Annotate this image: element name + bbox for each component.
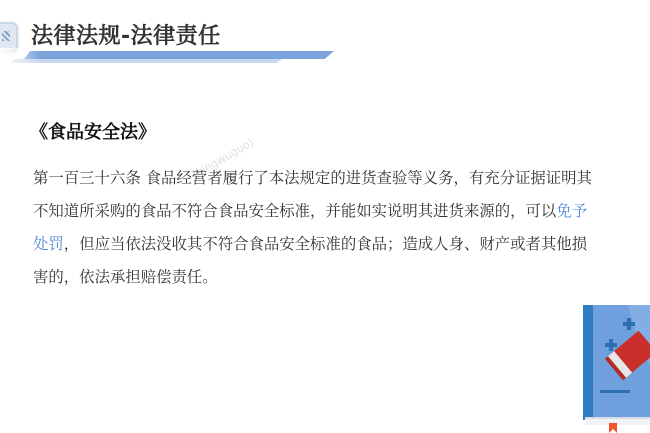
article-line-2-text: 不知道所采购的食品不符合食品安全标准，并能如实说明其进货来源的，可以 [33,202,556,220]
title-underline-bar [24,51,334,59]
article-line-4: 害的，依法承担赔偿责任。 [33,261,623,294]
article-line-1: 第一百三十六条 食品经营者履行了本法规定的进货查验等义务，有充分证据证明其 [33,162,623,195]
book-icon [583,305,650,433]
title-underline-subbar [10,59,282,63]
law-title: 《食品安全法》 [30,118,156,144]
slide-title: 法律法规-法律责任 [31,19,221,50]
article-line-2: 不知道所采购的食品不符合食品安全标准，并能如实说明其进货来源的，可以免予 [33,195,623,228]
highlight-penalty: 处罚 [33,235,64,253]
article-line-3: 处罚，但应当依法没收其不符合食品安全标准的食品；造成人身、财产或者其他损 [33,228,623,261]
underline-fade [0,48,40,66]
article-text: 第一百三十六条 食品经营者履行了本法规定的进货查验等义务，有充分证据证明其 不知… [33,162,623,294]
highlight-exempt: 免予 [556,202,587,220]
article-line-3-text: ，但应当依法没收其不符合食品安全标准的食品；造成人身、财产或者其他损 [64,235,587,253]
slide-header: 法律法规-法律责任 [0,0,650,80]
